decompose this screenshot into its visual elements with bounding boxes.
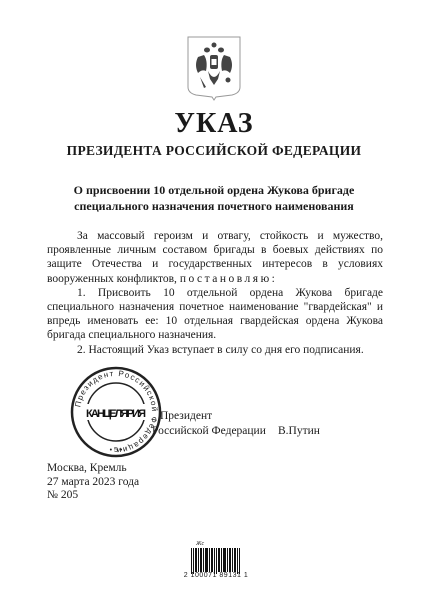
signature-name: В.Путин — [278, 425, 320, 437]
decree-heading: О присвоении 10 отдельной ордена Жукова … — [0, 182, 428, 214]
place-and-date: Москва, Кремль 27 марта 2023 года № 205 — [47, 462, 139, 503]
document-subtitle: ПРЕЗИДЕНТА РОССИЙСКОЙ ФЕДЕРАЦИИ — [0, 143, 428, 159]
svg-text:• 5 •: • 5 • — [110, 447, 123, 454]
item-1-paragraph: 1. Присвоить 10 отдельной ордена Жукова … — [47, 286, 383, 343]
heading-line: специального назначения почетного наимен… — [0, 198, 428, 214]
barcode-digits: 2 100071 89131 1 — [181, 572, 251, 579]
item-2-paragraph: 2. Настоящий Указ вступает в силу со дня… — [47, 343, 383, 357]
document-title: УКАЗ — [0, 108, 428, 140]
heading-line: О присвоении 10 отдельной ордена Жукова … — [0, 182, 428, 198]
signature-role-line1: Президент — [160, 410, 212, 422]
barcode-icon — [191, 548, 241, 574]
coat-of-arms-icon — [186, 35, 242, 101]
signing-date: 27 марта 2023 года — [47, 476, 139, 490]
preamble-paragraph: За массовый героизм и отвагу, стойкость … — [47, 229, 383, 286]
decree-number: № 205 — [47, 489, 139, 503]
chancellery-stamp-icon: Президент Российской Федерации • 5 • КАН… — [70, 366, 162, 458]
svg-text:КАНЦЕЛЯРИЯ: КАНЦЕЛЯРИЯ — [86, 408, 146, 420]
decree-word: постановляю: — [180, 273, 278, 285]
decree-body: За массовый героизм и отвагу, стойкость … — [47, 229, 383, 357]
signature-role-line2: Российской Федерации — [152, 425, 266, 437]
signing-place: Москва, Кремль — [47, 462, 139, 476]
barcode-initials: Жс — [196, 541, 204, 547]
decree-page: УКАЗ ПРЕЗИДЕНТА РОССИЙСКОЙ ФЕДЕРАЦИИ О п… — [0, 0, 428, 604]
